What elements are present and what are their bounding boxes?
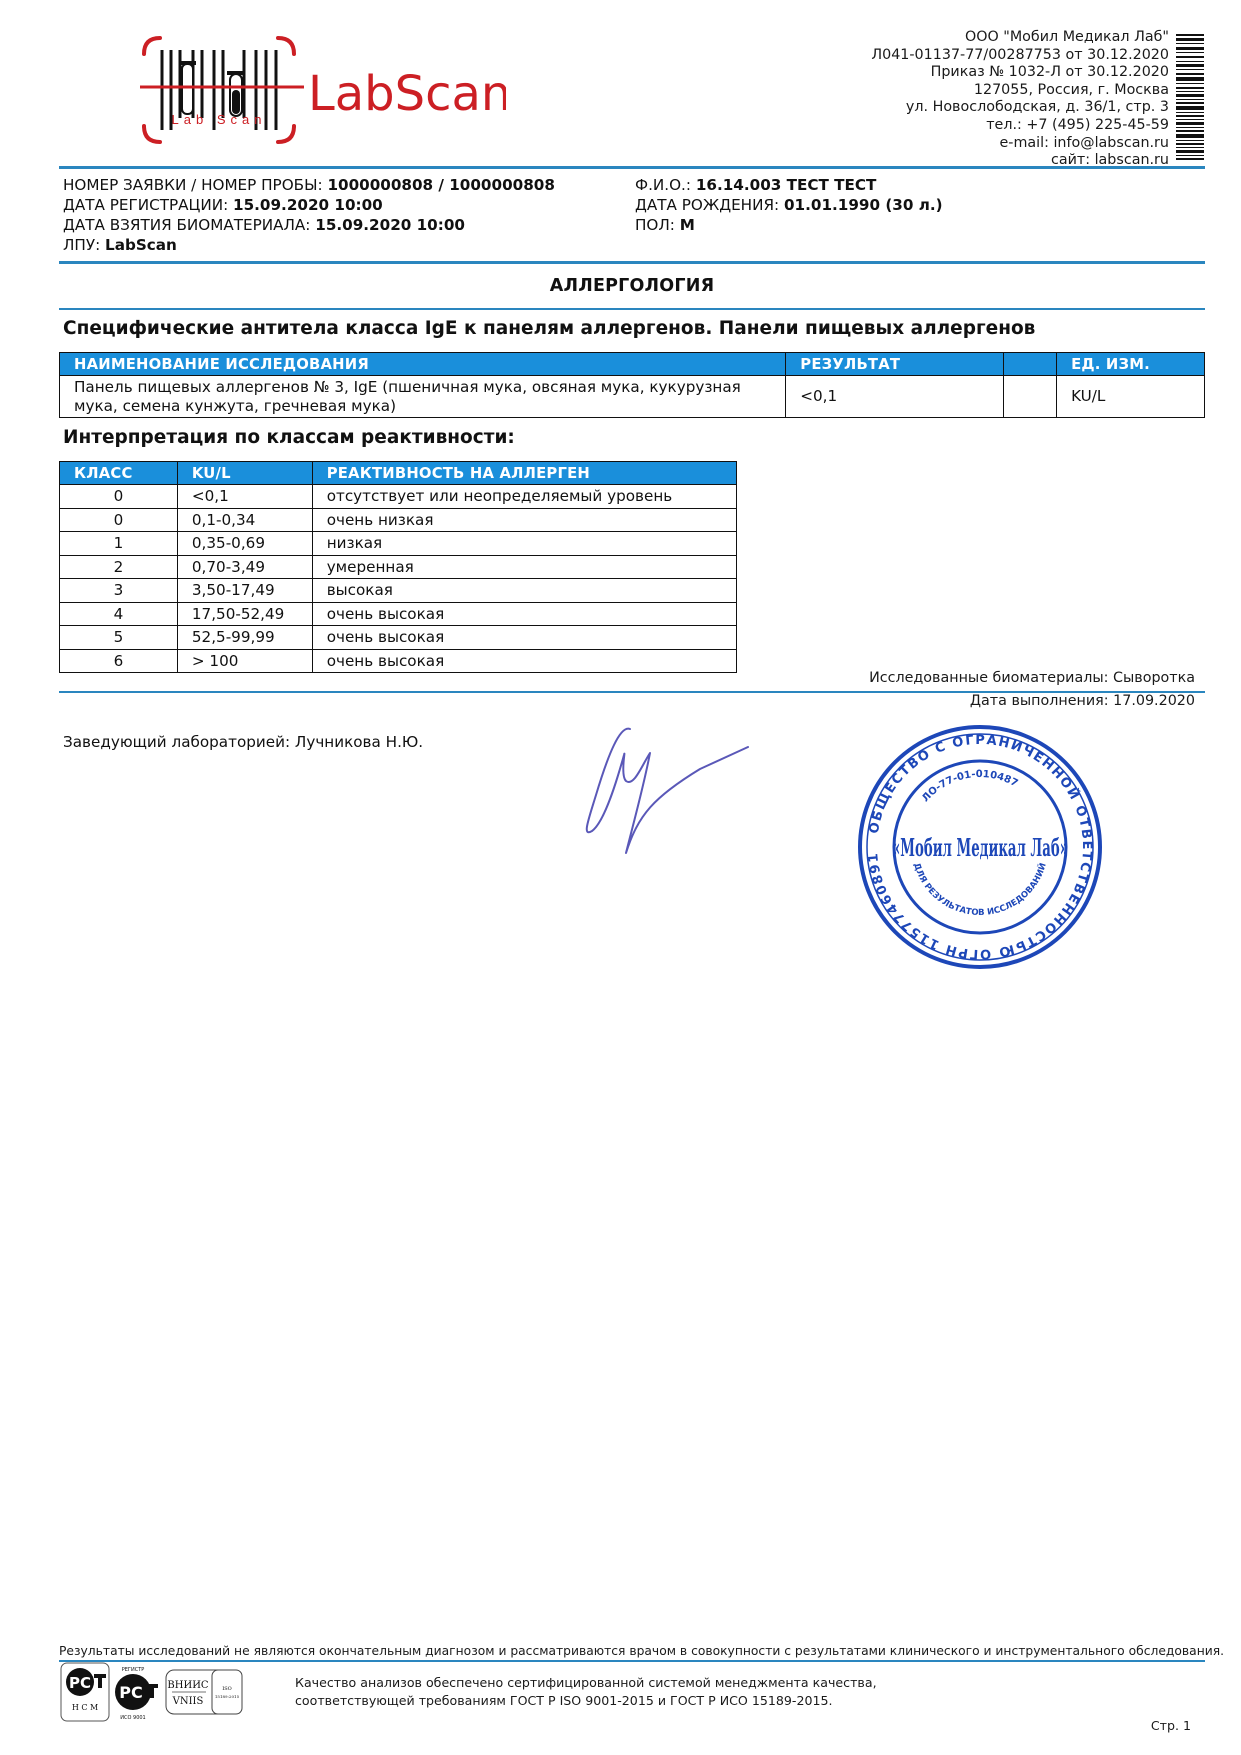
test-unit: KU/L [1057, 376, 1205, 418]
vniis-icon: ВНИИС VNIIS ISO 15189:2015 [166, 1670, 242, 1714]
quality-statement: Качество анализов обеспечено сертифициро… [295, 1674, 877, 1710]
interpretation-table: КЛАСС KU/L РЕАКТИВНОСТЬ НА АЛЛЕРГЕН 0<0,… [59, 461, 737, 673]
svg-text:РС: РС [69, 1674, 91, 1692]
registration-date-label: ДАТА РЕГИСТРАЦИИ: [63, 196, 228, 214]
disclaimer: Результаты исследований не являются окон… [59, 1644, 1205, 1658]
department-title: АЛЛЕРГОЛОГИЯ [59, 276, 1205, 296]
sample-date-label: ДАТА ВЗЯТИЯ БИОМАТЕРИАЛА: [63, 216, 310, 234]
reactivity-value: очень высокая [312, 602, 736, 626]
range-value: 52,5-99,99 [177, 626, 312, 650]
org-license: Л041-01137-77/00287753 от 30.12.2020 [749, 47, 1169, 65]
patient-name: Ф.И.О.: 16.14.003 ТЕСТ ТЕСТ [635, 175, 876, 195]
range-value: <0,1 [177, 485, 312, 509]
class-value: 0 [60, 485, 178, 509]
reactivity-value: умеренная [312, 555, 736, 579]
reactivity-value: очень высокая [312, 626, 736, 650]
org-name: ООО "Мобил Медикал Лаб" [749, 29, 1169, 47]
svg-text:VNIIS: VNIIS [172, 1696, 204, 1707]
gost-nsm-icon: РС Н С М [61, 1663, 109, 1721]
org-email: e-mail: info@labscan.ru [749, 135, 1169, 153]
sample-date: ДАТА ВЗЯТИЯ БИОМАТЕРИАЛА: 15.09.2020 10:… [63, 215, 465, 235]
org-address: ул. Новослободская, д. 36/1, стр. 3 [749, 99, 1169, 117]
svg-text:РЕГИСТР: РЕГИСТР [122, 1667, 145, 1673]
test-flag [1004, 376, 1057, 418]
reactivity-value: очень высокая [312, 649, 736, 673]
svg-text:«Мобил Медикал Лаб»: «Мобил Медикал Лаб» [892, 833, 1068, 862]
svg-text:ИСО 9001: ИСО 9001 [120, 1715, 145, 1721]
class-value: 4 [60, 602, 178, 626]
table-row: 10,35-0,69низкая [60, 532, 737, 556]
reactivity-value: отсутствует или неопределяемый уровень [312, 485, 736, 509]
results-table: НАИМЕНОВАНИЕ ИССЛЕДОВАНИЯ РЕЗУЛЬТАТ ЕД. … [59, 352, 1205, 418]
range-value: 0,70-3,49 [177, 555, 312, 579]
reactivity-value: очень низкая [312, 508, 736, 532]
table-row: Панель пищевых аллергенов № 3, IgE (пшен… [60, 376, 1205, 418]
birth-date-label: ДАТА РОЖДЕНИЯ: [635, 196, 779, 214]
test-name: Панель пищевых аллергенов № 3, IgE (пшен… [60, 376, 786, 418]
patient-divider [59, 261, 1205, 264]
page-number: Стр. 1 [1151, 1718, 1191, 1733]
svg-text:Lab Scan: Lab Scan [172, 112, 267, 127]
sex: ПОЛ: М [635, 215, 695, 235]
org-order: Приказ № 1032-Л от 30.12.2020 [749, 64, 1169, 82]
gost-iso9001-icon: РС РЕГИСТР ИСО 9001 [115, 1667, 158, 1721]
registration-date-value: 15.09.2020 10:00 [233, 196, 383, 214]
svg-text:15189:2015: 15189:2015 [215, 1694, 240, 1699]
header-test-name: НАИМЕНОВАНИЕ ИССЛЕДОВАНИЯ [60, 353, 786, 376]
range-value: 17,50-52,49 [177, 602, 312, 626]
order-number-value: 1000000808 / 1000000808 [327, 176, 554, 194]
quality-line-2: соответствующей требованиям ГОСТ Р ISO 9… [295, 1692, 877, 1710]
test-group-title: Специфические антитела класса IgE к пане… [63, 318, 1035, 339]
svg-text:РС: РС [119, 1683, 142, 1702]
range-value: 3,50-17,49 [177, 579, 312, 603]
header-divider [59, 166, 1205, 169]
signature-icon [560, 725, 800, 875]
patient-name-value: 16.14.003 ТЕСТ ТЕСТ [696, 176, 877, 194]
patient-name-label: Ф.И.О.: [635, 176, 691, 194]
interpretation-title: Интерпретация по классам реактивности: [63, 427, 515, 448]
header-class: КЛАСС [60, 462, 178, 485]
class-value: 1 [60, 532, 178, 556]
table-row: 6> 100очень высокая [60, 649, 737, 673]
class-value: 6 [60, 649, 178, 673]
class-value: 3 [60, 579, 178, 603]
range-value: 0,1-0,34 [177, 508, 312, 532]
header-result: РЕЗУЛЬТАТ [786, 353, 1004, 376]
quality-line-1: Качество анализов обеспечено сертифициро… [295, 1674, 877, 1692]
birth-date-value: 01.01.1990 (30 л.) [784, 196, 943, 214]
certification-logos: РС Н С М РС РЕГИСТР ИСО 9001 ВНИИС VNIIS… [60, 1662, 280, 1722]
results-header-row: НАИМЕНОВАНИЕ ИССЛЕДОВАНИЯ РЕЗУЛЬТАТ ЕД. … [60, 353, 1205, 376]
table-row: 0<0,1отсутствует или неопределяемый уров… [60, 485, 737, 509]
table-row: 00,1-0,34очень низкая [60, 508, 737, 532]
birth-date: ДАТА РОЖДЕНИЯ: 01.01.1990 (30 л.) [635, 195, 943, 215]
order-number-label: НОМЕР ЗАЯВКИ / НОМЕР ПРОБЫ: [63, 176, 323, 194]
biomaterial: Исследованные биоматериалы: Сыворотка [869, 670, 1195, 686]
lab-contact-info: ООО "Мобил Медикал Лаб" Л041-01137-77/00… [749, 29, 1169, 170]
table-row: 417,50-52,49очень высокая [60, 602, 737, 626]
header-reactivity: РЕАКТИВНОСТЬ НА АЛЛЕРГЕН [312, 462, 736, 485]
labscan-logo: Lab Scan LabScan [136, 30, 506, 152]
lpu: ЛПУ: LabScan [63, 235, 177, 255]
class-value: 0 [60, 508, 178, 532]
department-divider [59, 308, 1205, 310]
class-value: 2 [60, 555, 178, 579]
org-city: 127055, Россия, г. Москва [749, 82, 1169, 100]
order-number: НОМЕР ЗАЯВКИ / НОМЕР ПРОБЫ: 1000000808 /… [63, 175, 555, 195]
header-unit: ЕД. ИЗМ. [1057, 353, 1205, 376]
registration-date: ДАТА РЕГИСТРАЦИИ: 15.09.2020 10:00 [63, 195, 383, 215]
svg-text:LabScan: LabScan [308, 66, 506, 122]
org-phone: тел.: +7 (495) 225-45-59 [749, 117, 1169, 135]
sex-label: ПОЛ: [635, 216, 675, 234]
table-row: 20,70-3,49умеренная [60, 555, 737, 579]
stamp-icon: ОБЩЕСТВО С ОГРАНИЧЕННОЙ ОТВЕТСТВЕННОСТЬЮ… [855, 722, 1105, 972]
table-row: 33,50-17,49высокая [60, 579, 737, 603]
svg-text:ДЛЯ РЕЗУЛЬТАТОВ ИССЛЕДОВАНИЙ: ДЛЯ РЕЗУЛЬТАТОВ ИССЛЕДОВАНИЙ [911, 861, 1049, 918]
table-row: 552,5-99,99очень высокая [60, 626, 737, 650]
sex-value: М [680, 216, 695, 234]
class-value: 5 [60, 626, 178, 650]
test-result: <0,1 [786, 376, 1004, 418]
reactivity-value: низкая [312, 532, 736, 556]
header-flag [1004, 353, 1057, 376]
range-value: 0,35-0,69 [177, 532, 312, 556]
lpu-value: LabScan [105, 236, 177, 254]
svg-text:ВНИИС: ВНИИС [167, 1680, 209, 1691]
head-of-lab: Заведующий лабораторией: Лучникова Н.Ю. [63, 733, 423, 751]
interpretation-header-row: КЛАСС KU/L РЕАКТИВНОСТЬ НА АЛЛЕРГЕН [60, 462, 737, 485]
reactivity-value: высокая [312, 579, 736, 603]
header-range: KU/L [177, 462, 312, 485]
sample-date-value: 15.09.2020 10:00 [315, 216, 465, 234]
side-barcode-icon [1176, 34, 1204, 162]
range-value: > 100 [177, 649, 312, 673]
lpu-label: ЛПУ: [63, 236, 100, 254]
svg-text:ISO: ISO [222, 1686, 232, 1692]
svg-text:Н С М: Н С М [72, 1703, 98, 1712]
completion-date: Дата выполнения: 17.09.2020 [970, 693, 1195, 709]
